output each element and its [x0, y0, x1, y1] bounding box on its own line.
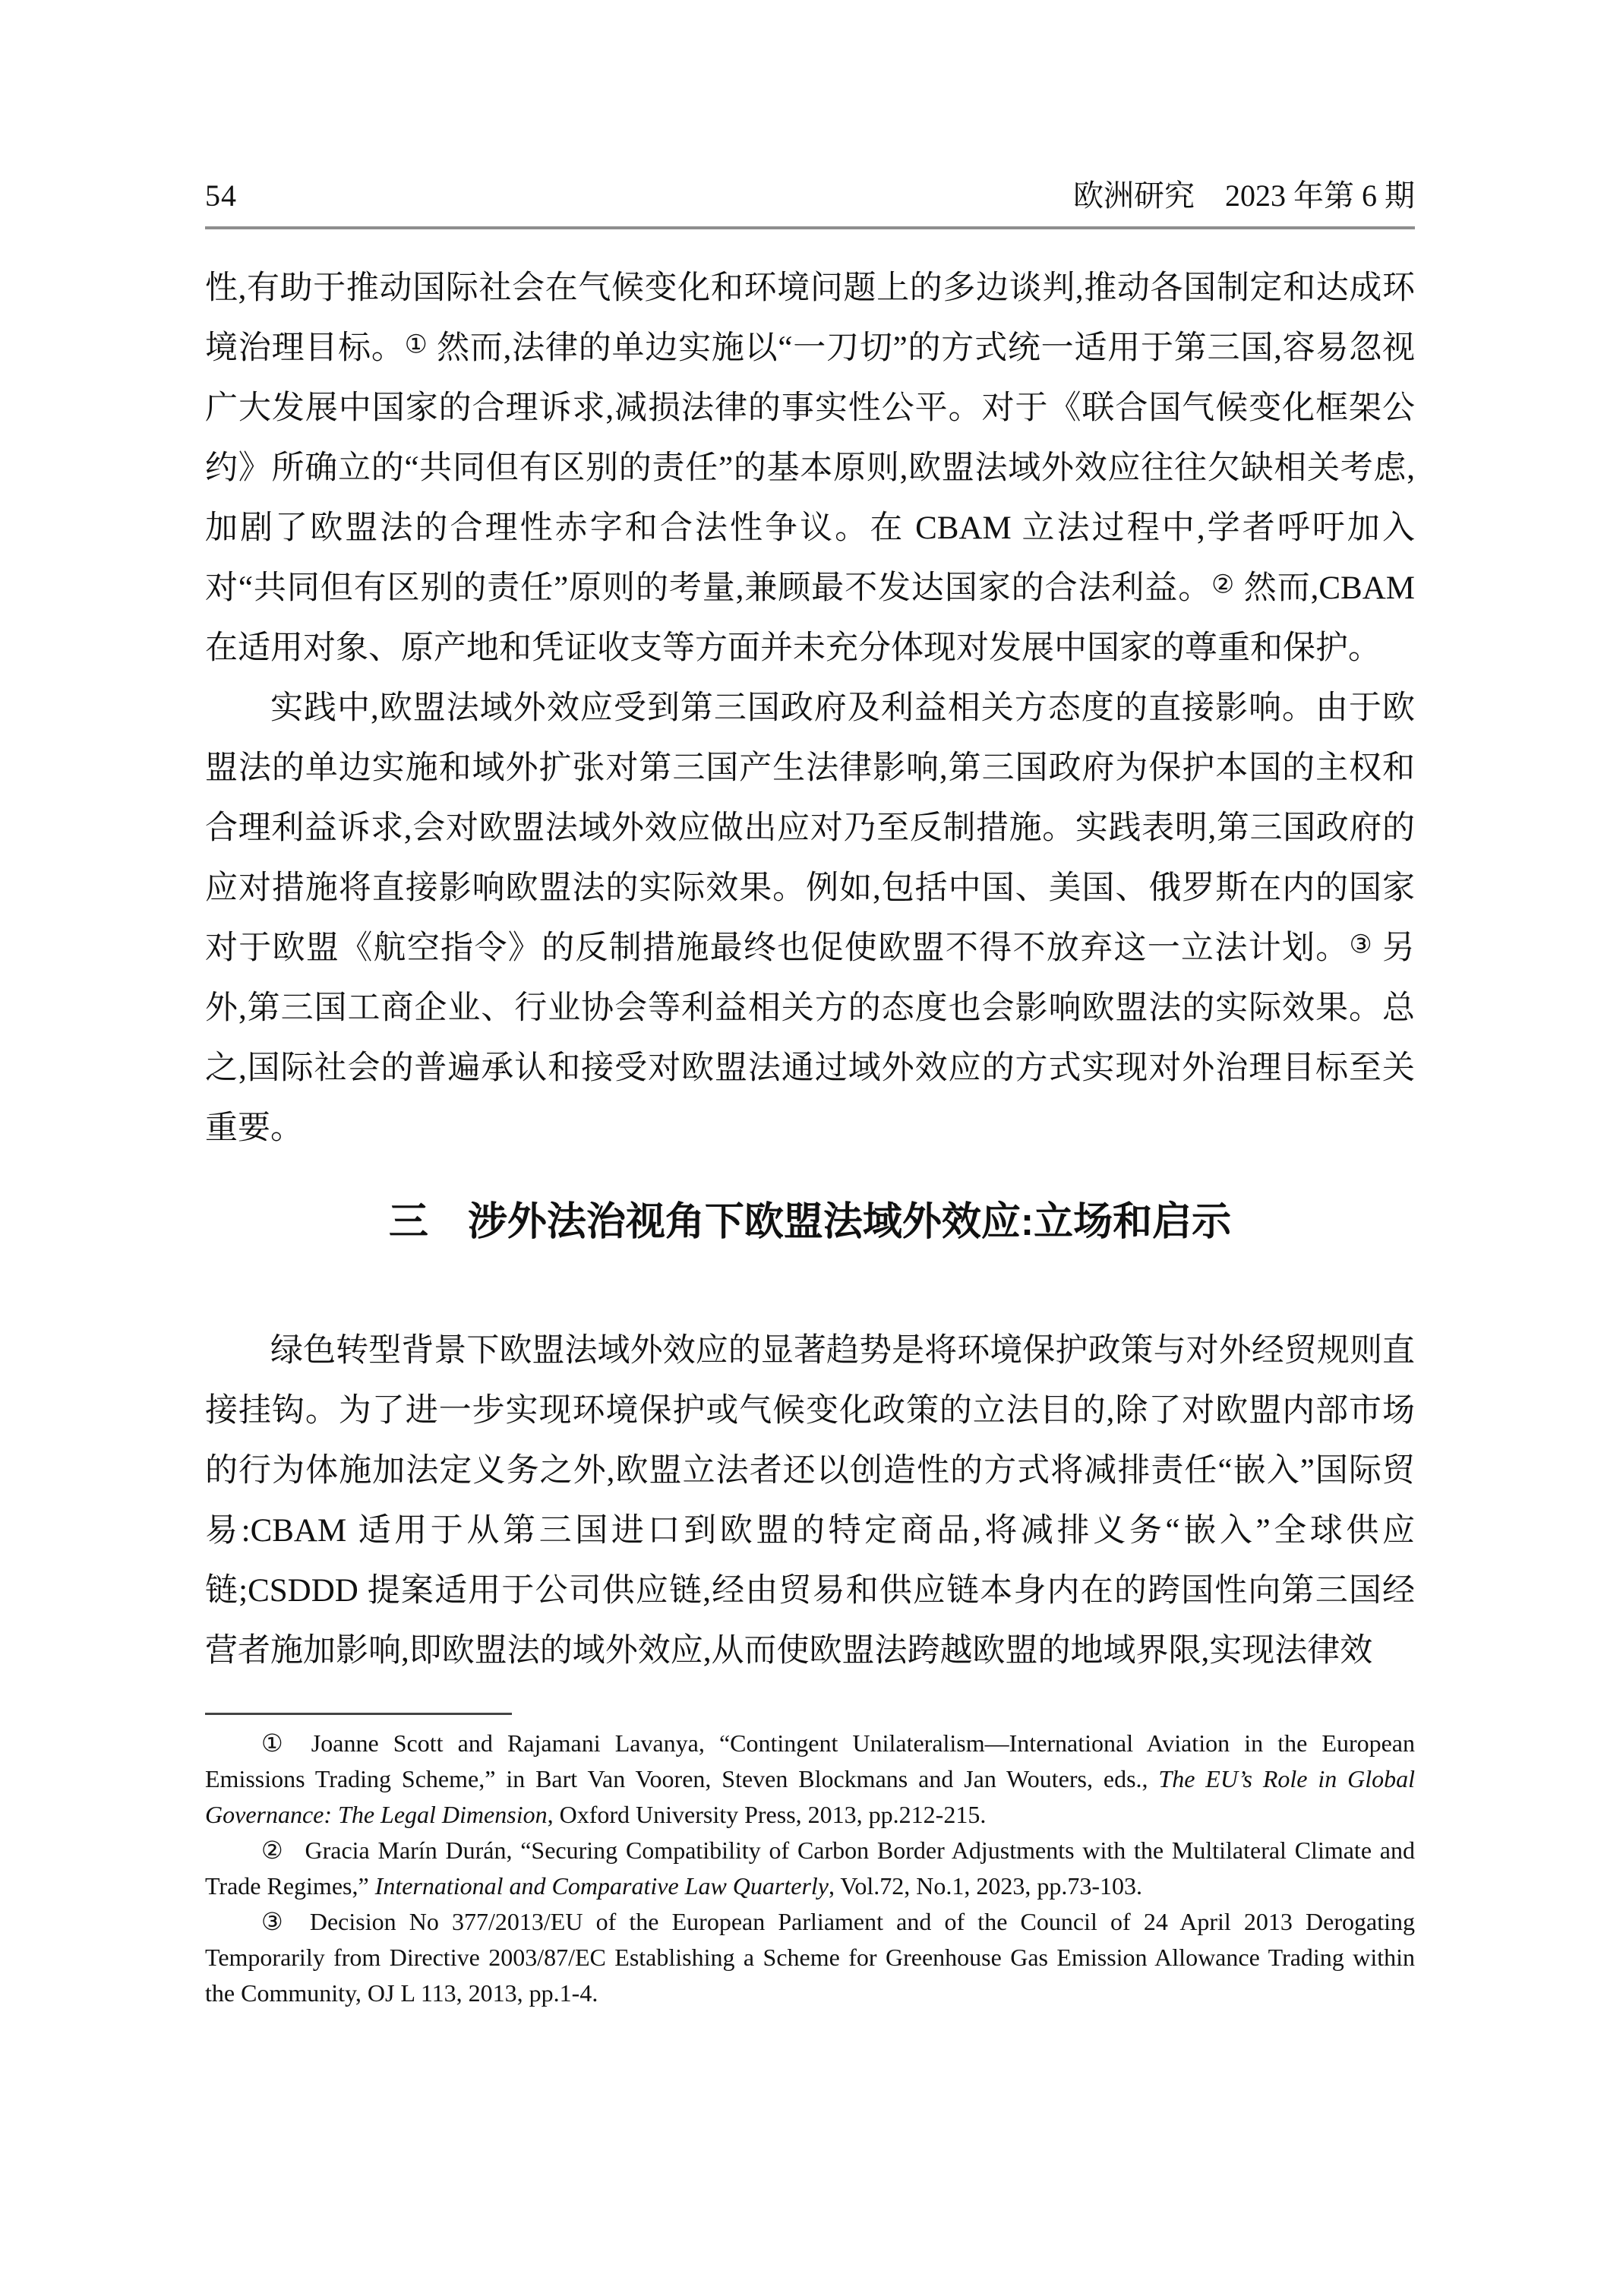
footnote-marker: ②	[261, 1836, 285, 1864]
footnote-ref: ①	[405, 331, 428, 359]
footnote: ①Joanne Scott and Rajamani Lavanya, “Con…	[205, 1726, 1415, 1833]
footnote: ③Decision No 377/2013/EU of the European…	[205, 1904, 1415, 2011]
page-header: 54 欧洲研究 2023 年第 6 期	[205, 179, 1415, 213]
footnote-text: , Vol.72, No.1, 2023, pp.73-103.	[829, 1872, 1142, 1900]
body-paragraph: 实践中,欧盟法域外效应受到第三国政府及利益相关方态度的直接影响。由于欧盟法的单边…	[205, 678, 1415, 1158]
body-paragraph: 绿色转型背景下欧盟法域外效应的显著趋势是将环境保护政策与对外经贸规则直接挂钩。为…	[205, 1321, 1415, 1681]
header-rule	[205, 226, 1415, 229]
text-run: 然而,法律的单边实施以“一刀切”的方式统一适用于第三国,容易忽视广大发展中国家的…	[205, 330, 1415, 606]
body-paragraph: 性,有助于推动国际社会在气候变化和环境问题上的多边谈判,推动各国制定和达成环境治…	[205, 258, 1415, 678]
footnote: ②Gracia Marín Durán, “Securing Compatibi…	[205, 1833, 1415, 1904]
text-run: 实践中,欧盟法域外效应受到第三国政府及利益相关方态度的直接影响。由于欧盟法的单边…	[205, 690, 1415, 966]
page-body: 性,有助于推动国际社会在气候变化和环境问题上的多边谈判,推动各国制定和达成环境治…	[205, 258, 1415, 2011]
text-run: 绿色转型背景下欧盟法域外效应的显著趋势是将环境保护政策与对外经贸规则直接挂钩。为…	[205, 1333, 1415, 1669]
footnote-text: , Oxford University Press, 2013, pp.212-…	[548, 1801, 987, 1828]
section-heading: 三 涉外法治视角下欧盟法域外效应:立场和启示	[205, 1195, 1415, 1249]
footnote-separator	[205, 1713, 512, 1715]
footnote-marker: ③	[261, 1908, 290, 1935]
footnote-text: Decision No 377/2013/EU of the European …	[205, 1908, 1415, 2007]
journal-issue-label: 欧洲研究 2023 年第 6 期	[1073, 179, 1415, 213]
footnote-ref: ③	[1350, 931, 1373, 959]
footnote-ref: ②	[1211, 571, 1235, 599]
footnotes: ①Joanne Scott and Rajamani Lavanya, “Con…	[205, 1726, 1415, 2011]
journal-page: 54 欧洲研究 2023 年第 6 期 性,有助于推动国际社会在气候变化和环境问…	[0, 0, 1623, 2296]
page-number: 54	[205, 179, 237, 213]
footnote-marker: ①	[261, 1729, 292, 1757]
footnote-title-italic: International and Comparative Law Quarte…	[375, 1872, 829, 1900]
